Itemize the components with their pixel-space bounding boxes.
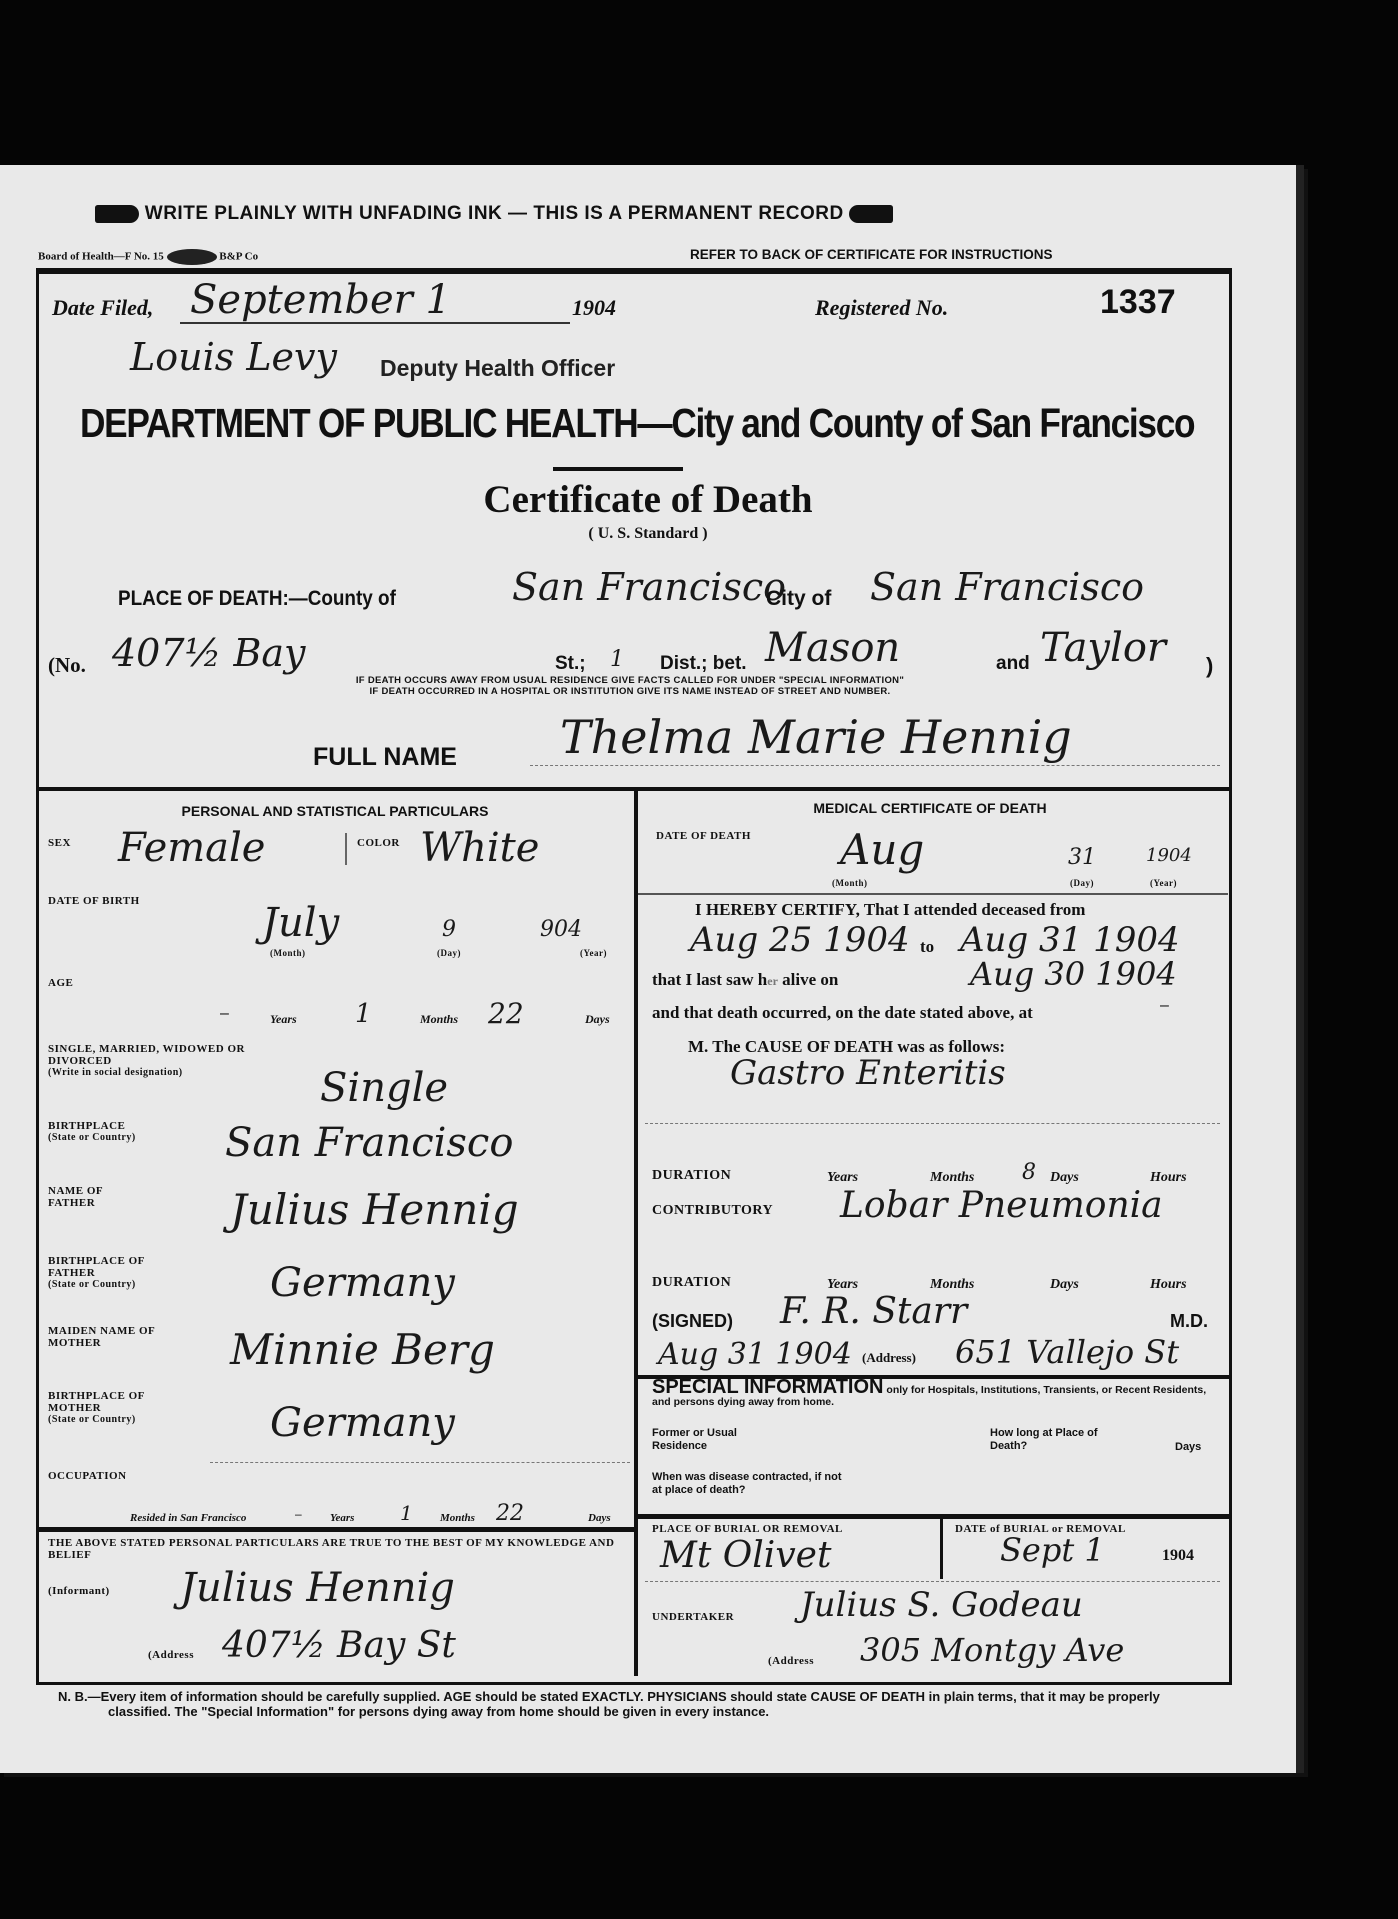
between-street-2: Taylor — [1040, 625, 1166, 671]
informant-address: 407½ Bay St — [222, 1625, 456, 1666]
disease-contracted-label: When was disease contracted, if not at p… — [652, 1471, 852, 1497]
printer-emblem-icon — [167, 249, 217, 265]
last-saw-label: that I last saw her alive on — [652, 970, 838, 990]
father-birthplace-value: Germany — [270, 1260, 455, 1306]
burial-year: 1904 — [1162, 1547, 1194, 1565]
dob-day: 9 — [442, 917, 456, 942]
sex-label: SEX — [48, 837, 71, 849]
officer-title: Deputy Health Officer — [380, 355, 615, 382]
officer-signature: Louis Levy — [130, 335, 337, 379]
informant-address-label: (Address — [148, 1649, 194, 1661]
undertaker-name: Julius S. Godeau — [800, 1585, 1083, 1625]
how-long-label: How long at Place of Death? — [990, 1427, 1100, 1453]
duration-days: 8 — [1022, 1160, 1036, 1185]
duration-label-2: DURATION — [652, 1277, 731, 1289]
undertaker-address: 305 Montgy Ave — [860, 1631, 1124, 1669]
marital-label: SINGLE, MARRIED, WIDOWED OR DIVORCED (Wr… — [48, 1043, 278, 1079]
dob-label: DATE OF BIRTH — [48, 895, 140, 907]
physician-address: 651 Vallejo St — [955, 1333, 1179, 1371]
date-filed-label: Date Filed, — [52, 295, 153, 321]
footer-note: N. B.—Every item of information should b… — [58, 1689, 1188, 1719]
contributory-label: CONTRIBUTORY — [652, 1205, 773, 1217]
date-filed-year: 1904 — [572, 295, 616, 321]
paren-close: ) — [1206, 653, 1213, 679]
and-label: and — [996, 653, 1030, 675]
street-label: St.; — [555, 653, 586, 675]
street-no-value: 407½ Bay — [112, 631, 306, 675]
father-birthplace-label: BIRTHPLACE OF FATHER (State or Country) — [48, 1255, 168, 1291]
dod-day: 31 — [1068, 845, 1096, 870]
registered-number: 1337 — [1100, 283, 1176, 322]
signed-date: Aug 31 1904 — [658, 1337, 852, 1372]
former-residence-label: Former or Usual Residence — [652, 1427, 762, 1453]
occurred-text: and that death occurred, on the date sta… — [652, 1003, 1033, 1023]
resided-days: 22 — [496, 1501, 524, 1526]
place-of-death-note: IF DEATH OCCURS AWAY FROM USUAL RESIDENC… — [190, 675, 1070, 697]
place-of-death-label: PLACE OF DEATH:—County of — [118, 587, 396, 611]
color-label: COLOR — [357, 837, 400, 849]
mother-birthplace-value: Germany — [270, 1400, 455, 1446]
resided-months: 1 — [400, 1501, 413, 1525]
certificate-title: Certificate of Death — [0, 477, 1296, 522]
father-label: NAME OF FATHER — [48, 1185, 128, 1209]
age-days: 22 — [488, 997, 524, 1030]
mother-birthplace-label: BIRTHPLACE OF MOTHER (State or Country) — [48, 1390, 178, 1426]
physician-signature: F. R. Starr — [780, 1291, 967, 1332]
dod-label: DATE OF DEATH — [656, 830, 751, 842]
birthplace-label: BIRTHPLACE (State or Country) — [48, 1120, 136, 1144]
attended-to: Aug 31 1904 — [960, 920, 1180, 960]
pointing-hand-icon — [849, 205, 893, 223]
burial-place: Mt Olivet — [660, 1535, 831, 1576]
occupation-label: OCCUPATION — [48, 1470, 127, 1482]
district-label: Dist.; bet. — [660, 653, 747, 675]
certify-text: I HEREBY CERTIFY, That I attended deceas… — [695, 900, 1085, 920]
age-months: 1 — [355, 999, 372, 1029]
full-name-value: Thelma Marie Hennig — [560, 710, 1072, 764]
burial-place-label: PLACE OF BURIAL OR REMOVAL — [652, 1523, 843, 1535]
certificate-subtitle: ( U. S. Standard ) — [0, 525, 1296, 543]
city-value: San Francisco — [870, 565, 1144, 609]
age-label: AGE — [48, 977, 73, 989]
between-street-1: Mason — [765, 625, 900, 671]
special-info-heading: SPECIAL INFORMATION only for Hospitals, … — [652, 1381, 1222, 1408]
permanent-record-notice: WRITE PLAINLY WITH UNFADING INK — THIS I… — [95, 203, 893, 225]
cause-value: Gastro Enteritis — [730, 1053, 1006, 1093]
informant-statement: THE ABOVE STATED PERSONAL PARTICULARS AR… — [48, 1537, 628, 1561]
resided-label: Resided in San Francisco — [130, 1512, 246, 1524]
pointing-hand-icon — [95, 205, 139, 223]
city-label: City of — [766, 587, 831, 611]
instructions-note: REFER TO BACK OF CERTIFICATE FOR INSTRUC… — [690, 247, 1053, 262]
personal-heading: PERSONAL AND STATISTICAL PARTICULARS — [40, 803, 630, 819]
district-value: 1 — [610, 647, 624, 672]
marital-value: Single — [320, 1065, 448, 1111]
attended-from: Aug 25 1904 — [690, 920, 910, 960]
duration-label-1: DURATION — [652, 1170, 731, 1182]
informant-label: (Informant) — [48, 1585, 110, 1597]
undertaker-label: UNDERTAKER — [652, 1611, 734, 1623]
last-saw-date: Aug 30 1904 — [970, 955, 1177, 993]
dod-month: Aug — [840, 825, 924, 874]
street-no-label: (No. — [48, 653, 86, 678]
form-id: Board of Health—F No. 15 B&P Co — [38, 249, 258, 265]
medical-heading: MEDICAL CERTIFICATE OF DEATH — [640, 800, 1220, 816]
informant-name: Julius Hennig — [180, 1565, 455, 1611]
mother-value: Minnie Berg — [230, 1325, 495, 1374]
sex-value: Female — [118, 825, 265, 871]
father-value: Julius Hennig — [230, 1185, 519, 1234]
undertaker-address-label: (Address — [768, 1655, 814, 1667]
contributory-value: Lobar Pneumonia — [840, 1185, 1163, 1226]
md-label: M.D. — [1170, 1311, 1208, 1332]
registered-label: Registered No. — [815, 295, 948, 321]
dod-year: 1904 — [1146, 845, 1192, 866]
dob-year: 904 — [540, 917, 582, 942]
mother-label: MAIDEN NAME OF MOTHER — [48, 1325, 178, 1349]
certificate-page: WRITE PLAINLY WITH UNFADING INK — THIS I… — [0, 165, 1304, 1773]
burial-date: Sept 1 — [1000, 1531, 1105, 1569]
county-value: San Francisco — [512, 565, 786, 609]
department-heading: DEPARTMENT OF PUBLIC HEALTH—City and Cou… — [80, 400, 1194, 447]
birthplace-value: San Francisco — [225, 1120, 513, 1166]
dob-month: July — [262, 900, 339, 946]
full-name-label: FULL NAME — [313, 743, 457, 772]
date-filed-value: September 1 — [190, 277, 451, 323]
signed-label: (SIGNED) — [652, 1311, 733, 1332]
color-value: White — [420, 825, 539, 871]
